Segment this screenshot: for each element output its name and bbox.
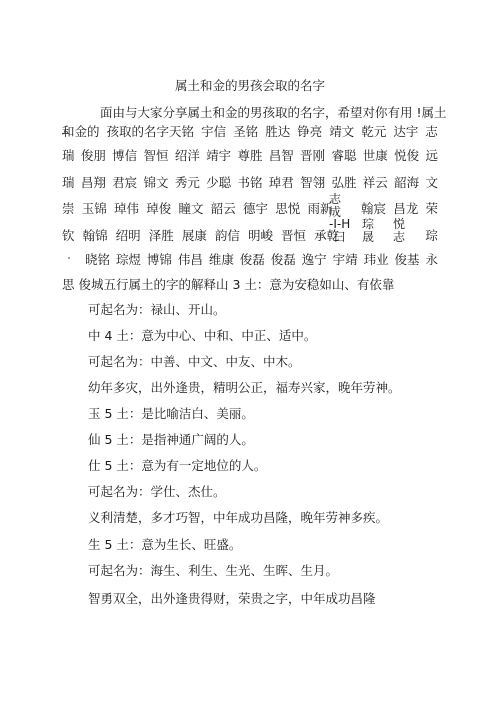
name-cell: 永 — [425, 250, 438, 268]
name-cell: 靖宇 — [206, 146, 231, 164]
name-cell: 翰锦 — [83, 226, 108, 244]
name-cell: 琮 — [425, 226, 438, 244]
name-cell: 明峻 — [248, 226, 273, 244]
name-cell: 孩取的名字天铭 — [107, 122, 195, 140]
name-cell: 昌智 — [269, 146, 294, 164]
document-page: 属土和金的男孩会取的名字 面由与大家分享属土和金的男孩取的名字，希望对你有用 !… — [0, 0, 500, 708]
name-cell: 远 — [425, 146, 438, 164]
name-cell: 瑞 — [62, 146, 75, 164]
name-cell: 琸君 — [269, 173, 294, 191]
name-cell: 逸宁 — [302, 250, 327, 268]
name-cell: 达宇 — [393, 122, 418, 140]
name-cell: 铮亮 — [297, 122, 322, 140]
name-cell: 荣 — [425, 199, 438, 217]
name-cell: 昌龙 — [393, 199, 418, 217]
paragraph: 生 5 土：意为生长、旺盛。 — [88, 535, 241, 553]
dot-mark — [68, 257, 70, 259]
name-cell: 俊基 — [395, 250, 420, 268]
name-cell: 瞳文 — [179, 199, 204, 217]
name-cell: 俊朋 — [81, 146, 106, 164]
name-cell: 书铭 — [237, 173, 262, 191]
name-cell: 志 — [425, 122, 438, 140]
paragraph: 仙 5 土：是指神通广阔的人。 — [88, 430, 254, 448]
stacked-glyph: 悦 志 — [393, 218, 405, 244]
explanation-line: 思 俊城五行属土的字的解释山 3 土：意为安稳如山、有依靠 — [62, 275, 394, 293]
names-row-3: 瑞 昌翔 君宸 锦文 秀元 少聪 书铭 琸君 智翎 弘胜 祥云 韶海 文 — [62, 173, 438, 191]
name-cell: 秀元 — [175, 173, 200, 191]
name-cell: 博信 — [112, 146, 137, 164]
paragraph: 可起名为：海生、利生、生光、生晖、生月。 — [88, 561, 338, 579]
name-cell: 崇 — [62, 199, 75, 217]
name-cell: 锦文 — [143, 173, 168, 191]
name-cell: 翰宸 — [361, 199, 386, 217]
name-cell: 德宇 — [243, 199, 268, 217]
name-cell: 俊磊 — [271, 250, 296, 268]
paragraph: 可起名为：禄山、开山。 — [88, 300, 226, 318]
name-cell: 和金的 — [62, 122, 100, 140]
names-row-5: 钦 翰锦 绍明 泽胜 展康 韵信 明峻 晋恒 承乾 琮 — [62, 226, 438, 244]
stacked-glyph-bottom: 晟 — [362, 231, 374, 244]
name-cell: 琮煜 — [116, 250, 141, 268]
name-cell: 祥云 — [363, 173, 388, 191]
name-cell: 胜达 — [265, 122, 290, 140]
name-cell: 韵信 — [215, 226, 240, 244]
name-cell: 宇信 — [201, 122, 226, 140]
paragraph: 可起名为：中善、中文、中友、中木。 — [88, 352, 301, 370]
stacked-glyph-bottom: 曰 — [329, 231, 350, 244]
name-cell: 伟昌 — [178, 250, 203, 268]
names-row-6: 晓铭 琮煜 博锦 伟昌 维康 俊磊 俊磊 逸宁 宇靖 玮业 俊基 永 — [85, 250, 438, 268]
name-cell: 瑞 — [62, 173, 75, 191]
name-cell: 乾元 — [361, 122, 386, 140]
intro-line: 面由与大家分享属土和金的男孩取的名字，希望对你有用 !属土 — [100, 103, 447, 121]
name-cell: 尊胜 — [237, 146, 262, 164]
stacked-glyph: 志 成 — [329, 193, 341, 219]
name-cell: 韶云 — [211, 199, 236, 217]
names-row-2: 瑞 俊朋 博信 智恒 绍洋 靖宇 尊胜 昌智 晋刚 睿聪 世康 悦俊 远 — [62, 146, 438, 164]
stacked-glyph-bottom: 志 — [393, 231, 405, 244]
name-cell: 绍明 — [116, 226, 141, 244]
paragraph: 中 4 土：意为中心、中和、中正、适中。 — [88, 326, 316, 344]
paragraph: 玉 5 土：是比喻洁白、美丽。 — [88, 404, 254, 422]
name-cell: 宇靖 — [333, 250, 358, 268]
name-cell-spacer — [377, 226, 393, 244]
name-cell: 昌翔 — [81, 173, 106, 191]
name-cell: 展康 — [182, 226, 207, 244]
name-cell: 博锦 — [147, 250, 172, 268]
stacked-glyph: -I-H 曰 — [329, 218, 350, 244]
paragraph: 幼年多灾，出外逢贵，精明公正，福寿兴家，晚年劳神。 — [88, 378, 401, 396]
name-cell-spacer — [340, 199, 354, 217]
name-cell: 钦 — [62, 226, 75, 244]
name-cell: 绍洋 — [175, 146, 200, 164]
name-cell: 韶海 — [394, 173, 419, 191]
name-cell: 晋恒 — [281, 226, 306, 244]
name-cell: 圣铭 — [233, 122, 258, 140]
names-row-4: 崇 玉锦 琸伟 琸俊 瞳文 韶云 德宇 思悦 雨新 翰宸 昌龙 荣 — [62, 199, 438, 217]
name-cell: 世康 — [363, 146, 388, 164]
name-cell: 悦俊 — [394, 146, 419, 164]
name-cell: 智翎 — [300, 173, 325, 191]
name-cell: 玮业 — [364, 250, 389, 268]
paragraph: 仕 5 土：意为有一定地位的人。 — [88, 456, 266, 474]
document-title: 属土和金的男孩会取的名字 — [0, 76, 500, 94]
name-cell: 君宸 — [112, 173, 137, 191]
name-cell: 少聪 — [206, 173, 231, 191]
names-row-1: 和金的 孩取的名字天铭 宇信 圣铭 胜达 铮亮 靖文 乾元 达宇 志 — [62, 122, 438, 140]
paragraph: 可起名为：学仕、杰仕。 — [88, 482, 226, 500]
name-cell: 晋刚 — [300, 146, 325, 164]
name-cell: 文 — [425, 173, 438, 191]
name-cell: 维康 — [209, 250, 234, 268]
paragraph: 智勇双全，出外逢贵得财，荣贵之字，中年成功昌隆 — [88, 589, 376, 607]
name-cell: 琸俊 — [146, 199, 171, 217]
name-cell: 靖文 — [329, 122, 354, 140]
name-cell: 睿聪 — [331, 146, 356, 164]
name-cell: 琸伟 — [114, 199, 139, 217]
name-cell: 晓铭 — [85, 250, 110, 268]
name-cell: 玉锦 — [82, 199, 107, 217]
paragraph: 义利清楚，多才巧智，中年成功昌隆，晚年劳神多疾。 — [88, 508, 388, 526]
name-cell: 俊磊 — [240, 250, 265, 268]
name-cell: 智恒 — [143, 146, 168, 164]
stacked-glyph: 琮 晟 — [362, 218, 374, 244]
dash-mark — [62, 133, 69, 134]
name-cell: 思悦 — [275, 199, 300, 217]
name-cell: 泽胜 — [149, 226, 174, 244]
name-cell: 弘胜 — [331, 173, 356, 191]
